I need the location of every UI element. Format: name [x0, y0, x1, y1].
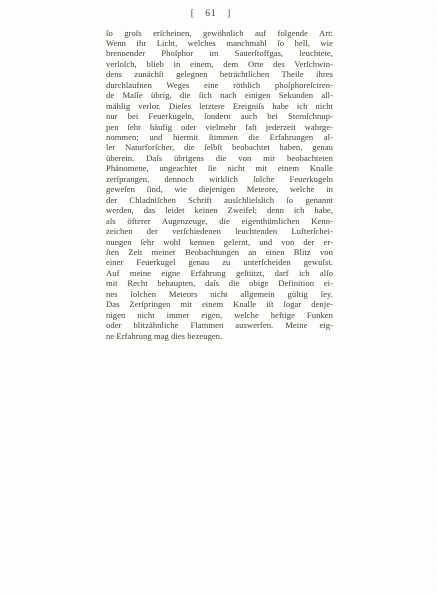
body-text-block: ſo groſs erſcheinen, gewöhnlich auf folg… [106, 28, 333, 342]
text-line: dens zunächſt gelegnen beträchtlichen Th… [106, 69, 333, 79]
text-line: mählig verlor. Dieſes letztere Ereigniſs… [106, 101, 333, 111]
page-number: [ 61 ] [98, 9, 324, 19]
text-line: der Chladniſchen Schrift ausſchlieſslich… [106, 195, 333, 205]
text-line: werden, das leidet keinen Zweifel; denn … [106, 205, 333, 215]
text-line: Phänomene, ungeachtet ſie nicht mit eine… [106, 163, 333, 173]
text-line: ler Naturforſcher, die ſelbſt beobachtet… [106, 142, 333, 152]
text-line: Wenn ihr Licht, welches manchmahl ſo hel… [106, 38, 333, 48]
text-line: als öfterer Augenzeuge, die eigenthümlic… [106, 216, 333, 226]
text-line: geweſen ſind, wie diejenigen Meteore, we… [106, 184, 333, 194]
text-line: Das Zerſpringen mit einem Knalle iſt ſog… [106, 299, 333, 309]
text-line: nommen; und hiermit ſtimmen die Erfahrun… [106, 132, 333, 142]
text-line: nigen nicht immer eigen, welche heftige … [106, 310, 333, 320]
text-line: zerſprangen, dennoch wirklich ſolche Feu… [106, 174, 333, 184]
book-page-scan: [ 61 ] ſo groſs erſcheinen, gewöhnlich a… [0, 0, 438, 594]
text-line: mit Recht behaupten, daſs die obige Defi… [106, 278, 333, 288]
text-line: oder blitzähnliche Flammen auswerfen. Me… [106, 320, 333, 330]
text-line: Auf meine eigne Erfahrung geſtützt, darf… [106, 268, 333, 278]
text-line: einer Feuerkugel genau zu unterſcheiden … [106, 257, 333, 267]
text-line: durchlaufnen Weges eine röthlich phoſpho… [106, 80, 333, 90]
text-line: nur bei Feuerkugeln, ſondern auch bei St… [106, 111, 333, 121]
text-line: verloſch, blieb in einem, dem Orte des V… [106, 59, 333, 69]
text-line: ne Erfahrung mag dies bezeugen. [106, 331, 333, 341]
text-line: nes ſolchen Meteors nicht allgemein gült… [106, 289, 333, 299]
text-line: zeichen der verſchiedenen leuchtenden Lu… [106, 226, 333, 236]
text-line: ſo groſs erſcheinen, gewöhnlich auf folg… [106, 28, 333, 38]
text-line: ſten Zeit meiner Beobachtungen an einen … [106, 247, 333, 257]
text-line: pen ſehr häufig oder vielmehr faſt jeder… [106, 122, 333, 132]
text-line: de Maſſe übrig, die ſich nach einigen Se… [106, 90, 333, 100]
text-line: nungen ſehr wohl kennen gelernt, und von… [106, 237, 333, 247]
text-line: überein. Daſs übrigens die von mir beoba… [106, 153, 333, 163]
text-line: brennender Phoſphor im Sauerſtoffgas, le… [106, 48, 333, 58]
